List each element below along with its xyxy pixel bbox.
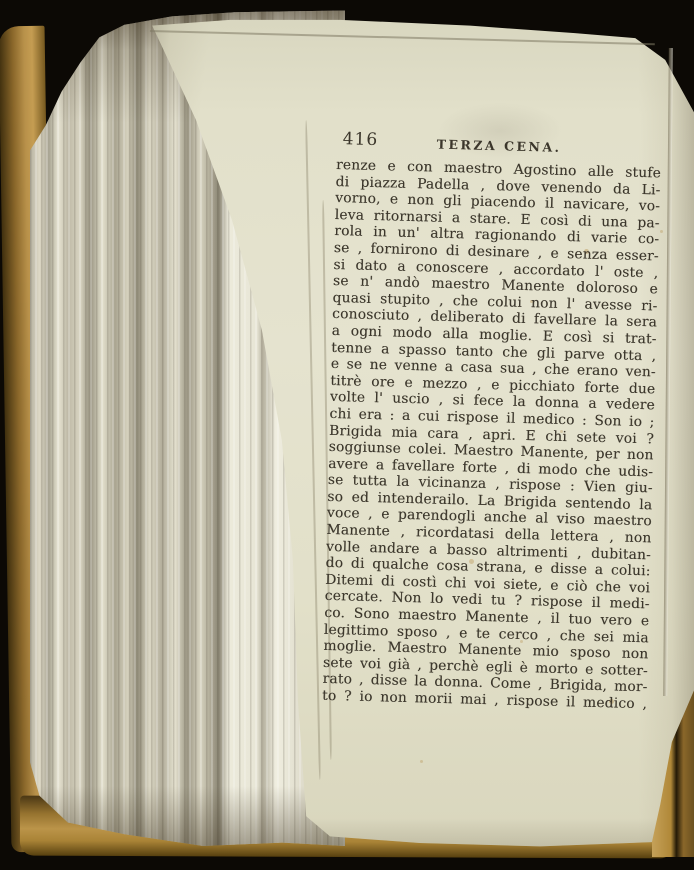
book-photo: 416 TERZA CENA. renze e con maestro Agos… (0, 0, 694, 870)
printed-text-block: 416 TERZA CENA. renze e con maestro Agos… (322, 129, 662, 713)
running-title: TERZA CENA. (336, 134, 661, 158)
body-text: renze e con maestro Agostino alle stufe … (322, 157, 661, 713)
paper-speckles (140, 14, 143, 17)
